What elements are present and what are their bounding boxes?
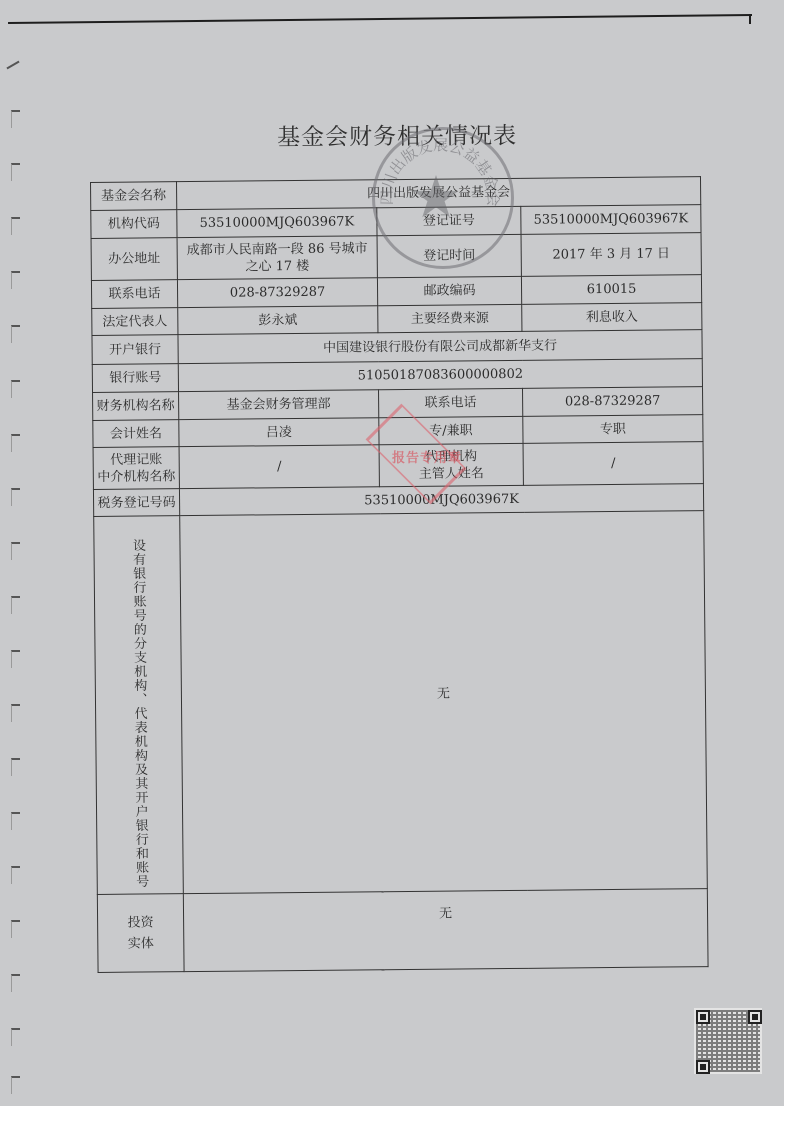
cell-label: 银行账号 bbox=[92, 364, 178, 393]
cell-value: 028-87329287 bbox=[523, 387, 703, 417]
seal-text: 四川出版发展公益基金会 bbox=[380, 136, 500, 206]
binding-hole-mark bbox=[11, 1028, 20, 1046]
cell-value: 成都市人民南路一段 86 号城市 之心 17 楼 bbox=[177, 236, 377, 280]
binding-hole-mark bbox=[11, 704, 20, 722]
table-row: 投资 实体 无 bbox=[97, 889, 708, 973]
cell-label: 办公地址 bbox=[91, 238, 177, 281]
binding-hole-mark bbox=[11, 650, 20, 668]
cell-value: 专职 bbox=[523, 415, 703, 444]
cell-value: 2017 年 3 月 17 日 bbox=[521, 233, 701, 277]
cell-value: 无 bbox=[180, 511, 708, 894]
cell-label: 主要经费来源 bbox=[378, 304, 522, 332]
cell-value: 无 bbox=[183, 889, 708, 972]
label-line-1: 代理记账 bbox=[96, 451, 177, 469]
address-line-2: 之心 17 楼 bbox=[180, 257, 375, 276]
cell-value: 028-87329287 bbox=[177, 278, 377, 308]
svg-text:四川出版发展公益基金会: 四川出版发展公益基金会 bbox=[380, 136, 500, 206]
cell-value: 彭永斌 bbox=[178, 306, 378, 335]
qr-code-icon bbox=[694, 1008, 762, 1074]
binding-hole-mark bbox=[11, 488, 20, 506]
binding-hole-mark bbox=[11, 325, 20, 343]
qr-finder bbox=[696, 1060, 710, 1074]
cell-label: 基金会名称 bbox=[91, 182, 177, 211]
cell-label: 投资 实体 bbox=[97, 894, 184, 973]
finance-info-table: 基金会名称 四川出版发展公益基金会 机构代码 53510000MJQ603967… bbox=[90, 176, 709, 973]
cell-label: 开户银行 bbox=[92, 335, 178, 365]
address-line-1: 成都市人民南路一段 86 号城市 bbox=[180, 240, 375, 259]
cell-value: 53510000MJQ603967K bbox=[521, 205, 701, 235]
table-row: 设有银行账号的分支机构、代表机构及其开户银行和账号 无 bbox=[94, 511, 708, 895]
binding-hole-mark bbox=[11, 974, 20, 992]
cell-label: 设有银行账号的分支机构、代表机构及其开户银行和账号 bbox=[94, 516, 184, 895]
seal-text-ring: 四川出版发展公益基金会 bbox=[380, 134, 500, 254]
cell-label: 代理记账 中介机构名称 bbox=[93, 447, 179, 490]
cell-value: 53510000MJQ603967K bbox=[177, 208, 377, 238]
binding-hole-mark bbox=[11, 434, 20, 452]
binding-hole-mark bbox=[11, 217, 20, 235]
binding-hole-mark bbox=[11, 271, 20, 289]
finance-info-table-wrapper: 基金会名称 四川出版发展公益基金会 机构代码 53510000MJQ603967… bbox=[90, 176, 708, 973]
cell-label: 法定代表人 bbox=[92, 308, 178, 336]
cell-value: 610015 bbox=[521, 275, 701, 305]
cell-label: 邮政编码 bbox=[377, 276, 521, 305]
cell-value: / bbox=[523, 442, 703, 486]
binding-hole-mark bbox=[11, 380, 20, 398]
label-line-2: 中介机构名称 bbox=[96, 468, 177, 486]
binding-hole-mark bbox=[11, 542, 20, 560]
branches-label: 设有银行账号的分支机构、代表机构及其开户银行和账号 bbox=[130, 538, 147, 888]
binding-hole-mark bbox=[11, 1076, 20, 1094]
cell-label: 会计姓名 bbox=[93, 420, 179, 448]
binding-hole-mark bbox=[11, 596, 20, 614]
binding-hole-mark bbox=[11, 920, 20, 938]
binding-hole-mark bbox=[11, 812, 20, 830]
binding-hole-mark bbox=[11, 866, 20, 884]
cell-label: 税务登记号码 bbox=[93, 489, 179, 517]
cell-value: / bbox=[179, 445, 379, 489]
cell-label: 财务机构名称 bbox=[93, 392, 179, 421]
cell-value: 基金会财务管理部 bbox=[179, 390, 379, 420]
label-line-1: 投资 bbox=[100, 912, 181, 934]
binding-hole-mark bbox=[11, 163, 20, 181]
qr-finder bbox=[696, 1010, 710, 1024]
report-stamp-text: 报告专用章 bbox=[392, 447, 462, 466]
cell-label: 机构代码 bbox=[91, 210, 177, 239]
cell-value: 利息收入 bbox=[522, 303, 702, 332]
cell-label: 联系电话 bbox=[91, 280, 177, 309]
cell-value: 吕凌 bbox=[179, 418, 379, 447]
binding-hole-mark bbox=[11, 758, 20, 776]
label-line-2: 实体 bbox=[100, 933, 181, 955]
top-rule-end bbox=[749, 14, 751, 24]
qr-finder bbox=[748, 1010, 762, 1024]
